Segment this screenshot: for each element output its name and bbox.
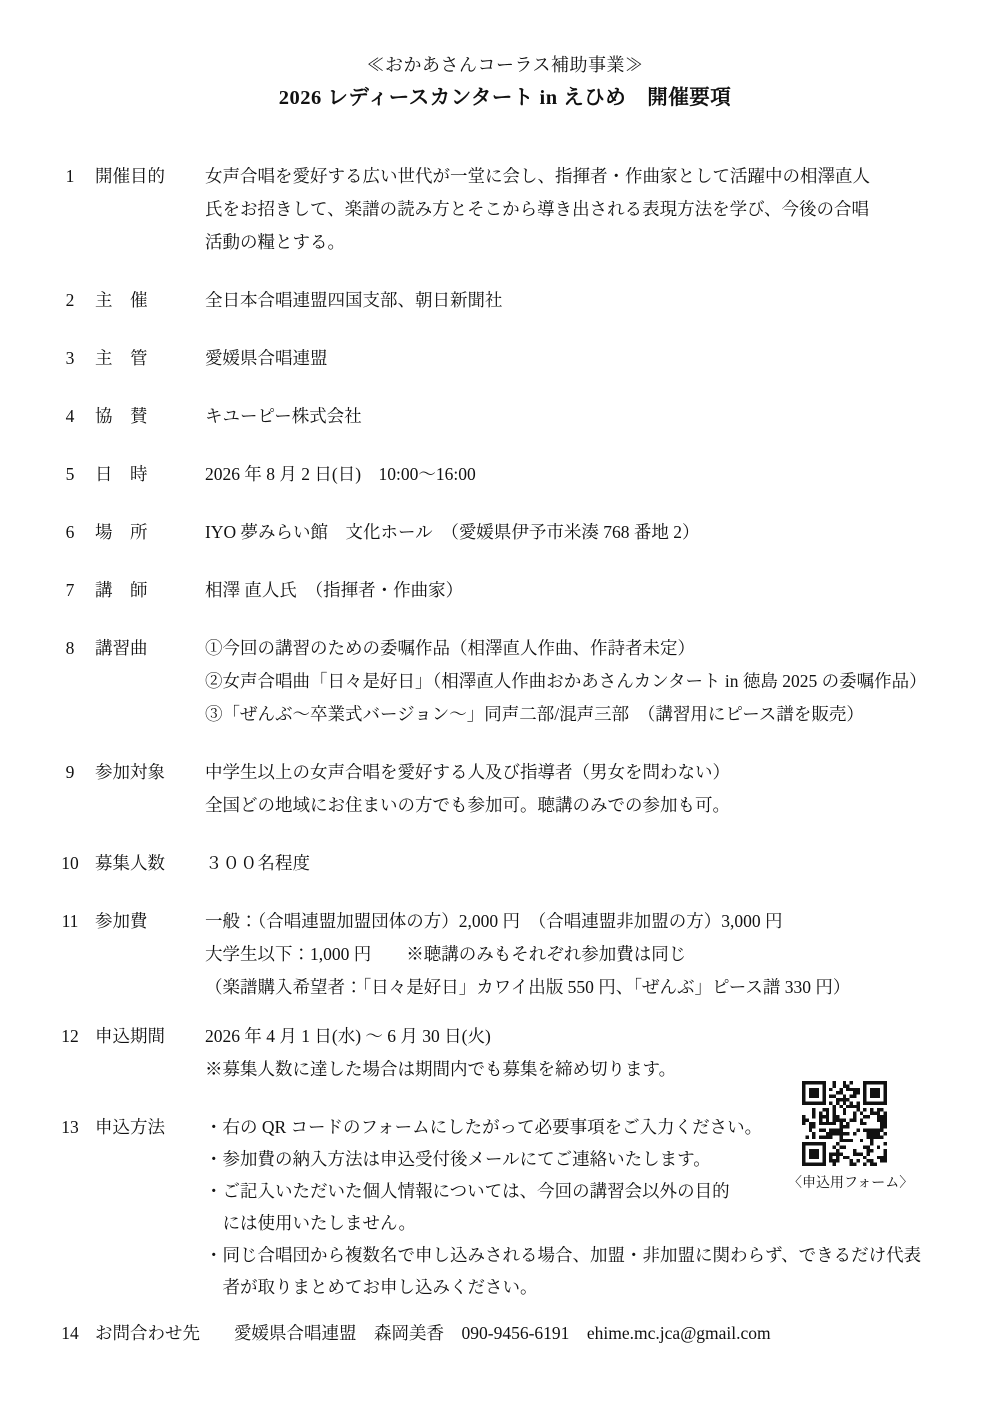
content-line: ①今回の講習のための委嘱作品（相澤直人作曲、作詩者未定） xyxy=(205,632,955,665)
page-title: 2026 レディースカンタート in えひめ 開催要項 xyxy=(55,80,955,116)
item-number: 9 xyxy=(55,756,85,789)
item-label: 申込方法 xyxy=(95,1111,205,1144)
item-row: 9 参加対象 中学生以上の女声合唱を愛好する人及び指導者（男女を問わない）全国ど… xyxy=(55,756,955,822)
item-label: 場 所 xyxy=(95,516,205,549)
item-content: 愛媛県合唱連盟 森岡美香 090-9456-6191 ehime.mc.jca@… xyxy=(234,1317,771,1350)
content-line: IYO 夢みらい館 文化ホール （愛媛県伊予市米湊 768 番地 2） xyxy=(205,516,955,549)
item-content: 愛媛県合唱連盟 xyxy=(205,342,955,375)
item-content: 全日本合唱連盟四国支部、朝日新聞社 xyxy=(205,284,955,317)
content-line: 愛媛県合唱連盟 xyxy=(205,342,955,375)
item-row: 4 協 賛 キユーピー株式会社 xyxy=(55,400,955,433)
content-line: には使用いたしません。 xyxy=(205,1207,955,1239)
qr-block: 〈申込用フォーム〉 xyxy=(788,1081,900,1193)
content-line: ②女声合唱曲「日々是好日」（相澤直人作曲おかあさんカンタート in 徳島 202… xyxy=(205,665,955,698)
item-label: 日 時 xyxy=(95,458,205,491)
item-content: 中学生以上の女声合唱を愛好する人及び指導者（男女を問わない）全国どの地域にお住ま… xyxy=(205,756,955,822)
item-label: 主 管 xyxy=(95,342,205,375)
content-line: キユーピー株式会社 xyxy=(205,400,955,433)
item-number: 13 xyxy=(55,1111,85,1144)
item-content: IYO 夢みらい館 文化ホール （愛媛県伊予市米湊 768 番地 2） xyxy=(205,516,955,549)
content-line: 2026 年 8 月 2 日(日) 10:00～16:00 xyxy=(205,458,955,491)
content-line: 愛媛県合唱連盟 森岡美香 090-9456-6191 ehime.mc.jca@… xyxy=(234,1317,771,1350)
content-line: 全日本合唱連盟四国支部、朝日新聞社 xyxy=(205,284,955,317)
item-row: 7 講 師 相澤 直人氏 （指揮者・作曲家） xyxy=(55,574,955,607)
item-label: 参加対象 xyxy=(95,756,205,789)
item-label: 申込期間 xyxy=(95,1020,205,1053)
item-content: 2026 年 4 月 1 日(水) ～ 6 月 30 日(火)※募集人数に達した… xyxy=(205,1020,955,1086)
item-number: 12 xyxy=(55,1020,85,1053)
item-row: 8 講習曲 ①今回の講習のための委嘱作品（相澤直人作曲、作詩者未定）②女声合唱曲… xyxy=(55,632,955,731)
item-row: 6 場 所 IYO 夢みらい館 文化ホール （愛媛県伊予市米湊 768 番地 2… xyxy=(55,516,955,549)
item-number: 14 xyxy=(55,1317,85,1350)
item-number: 10 xyxy=(55,847,85,880)
content-line: 2026 年 4 月 1 日(水) ～ 6 月 30 日(火) xyxy=(205,1020,955,1053)
item-row: 3 主 管 愛媛県合唱連盟 xyxy=(55,342,955,375)
item-row: 10 募集人数 ３００名程度 xyxy=(55,847,955,880)
content-line: 全国どの地域にお住まいの方でも参加可。聴講のみでの参加も可。 xyxy=(205,789,955,822)
item-number: 1 xyxy=(55,160,85,193)
item-row: 12 申込期間 2026 年 4 月 1 日(水) ～ 6 月 30 日(火)※… xyxy=(55,1020,955,1086)
qr-caption: 〈申込用フォーム〉 xyxy=(788,1175,900,1193)
item-content: ３００名程度 xyxy=(205,847,955,880)
content-line: ・同じ合唱団から複数名で申し込みされる場合、加盟・非加盟に関わらず、できるだけ代… xyxy=(205,1239,955,1271)
item-label: 参加費 xyxy=(95,905,205,938)
item-label: 開催目的 xyxy=(95,160,205,193)
item-label: 協 賛 xyxy=(95,400,205,433)
item-number: 6 xyxy=(55,516,85,549)
item-content: 相澤 直人氏 （指揮者・作曲家） xyxy=(205,574,955,607)
item-content: 2026 年 8 月 2 日(日) 10:00～16:00 xyxy=(205,458,955,491)
item-label: 募集人数 xyxy=(95,847,205,880)
content-line: 相澤 直人氏 （指揮者・作曲家） xyxy=(205,574,955,607)
item-label: 講 師 xyxy=(95,574,205,607)
content-line: 活動の糧とする。 xyxy=(205,226,955,259)
item-number: 11 xyxy=(55,905,85,938)
qr-code-icon xyxy=(802,1081,887,1166)
document-subtitle: ≪おかあさんコーラス補助事業≫ xyxy=(55,50,955,80)
content-line: 大学生以下：1,000 円 ※聴講のみもそれぞれ参加費は同じ xyxy=(205,938,955,971)
content-line: 中学生以上の女声合唱を愛好する人及び指導者（男女を問わない） xyxy=(205,756,955,789)
content-line: 氏をお招きして、楽譜の読み方とそこから導き出される表現方法を学び、今後の合唱 xyxy=(205,193,955,226)
item-number: 5 xyxy=(55,458,85,491)
item-row: 1 開催目的 女声合唱を愛好する広い世代が一堂に会し、指揮者・作曲家として活躍中… xyxy=(55,160,955,259)
item-content: キユーピー株式会社 xyxy=(205,400,955,433)
item-label: 主 催 xyxy=(95,284,205,317)
item-row: 5 日 時 2026 年 8 月 2 日(日) 10:00～16:00 xyxy=(55,458,955,491)
content-line: 者が取りまとめてお申し込みください。 xyxy=(205,1271,955,1303)
content-line: 女声合唱を愛好する広い世代が一堂に会し、指揮者・作曲家として活躍中の相澤直人 xyxy=(205,160,955,193)
item-content: ①今回の講習のための委嘱作品（相澤直人作曲、作詩者未定）②女声合唱曲「日々是好日… xyxy=(205,632,955,731)
content-line: ３００名程度 xyxy=(205,847,955,880)
item-number: 7 xyxy=(55,574,85,607)
item-number: 3 xyxy=(55,342,85,375)
item-content: 女声合唱を愛好する広い世代が一堂に会し、指揮者・作曲家として活躍中の相澤直人氏を… xyxy=(205,160,955,259)
item-number: 2 xyxy=(55,284,85,317)
document-header: ≪おかあさんコーラス補助事業≫ 2026 レディースカンタート in えひめ 開… xyxy=(55,50,955,116)
item-row: 14 お問合わせ先 愛媛県合唱連盟 森岡美香 090-9456-6191 ehi… xyxy=(55,1317,955,1350)
item-label: お問合わせ先 xyxy=(95,1317,200,1350)
content-line: 一般：（合唱連盟加盟団体の方）2,000 円 （合唱連盟非加盟の方）3,000 … xyxy=(205,905,955,938)
content-line: ③「ぜんぶ～卒業式バージョン～」同声二部/混声三部 （講習用にピース譜を販売） xyxy=(205,698,955,731)
item-label: 講習曲 xyxy=(95,632,205,665)
content-line: （楽譜購入希望者：「日々是好日」カワイ出版 550 円、「ぜんぶ」ピース譜 33… xyxy=(205,971,955,1004)
item-row: 2 主 催 全日本合唱連盟四国支部、朝日新聞社 xyxy=(55,284,955,317)
item-number: 4 xyxy=(55,400,85,433)
item-number: 8 xyxy=(55,632,85,665)
item-row: 11 参加費 一般：（合唱連盟加盟団体の方）2,000 円 （合唱連盟非加盟の方… xyxy=(55,905,955,1004)
item-content: 一般：（合唱連盟加盟団体の方）2,000 円 （合唱連盟非加盟の方）3,000 … xyxy=(205,905,955,1004)
document-page: ≪おかあさんコーラス補助事業≫ 2026 レディースカンタート in えひめ 開… xyxy=(0,0,1000,1414)
